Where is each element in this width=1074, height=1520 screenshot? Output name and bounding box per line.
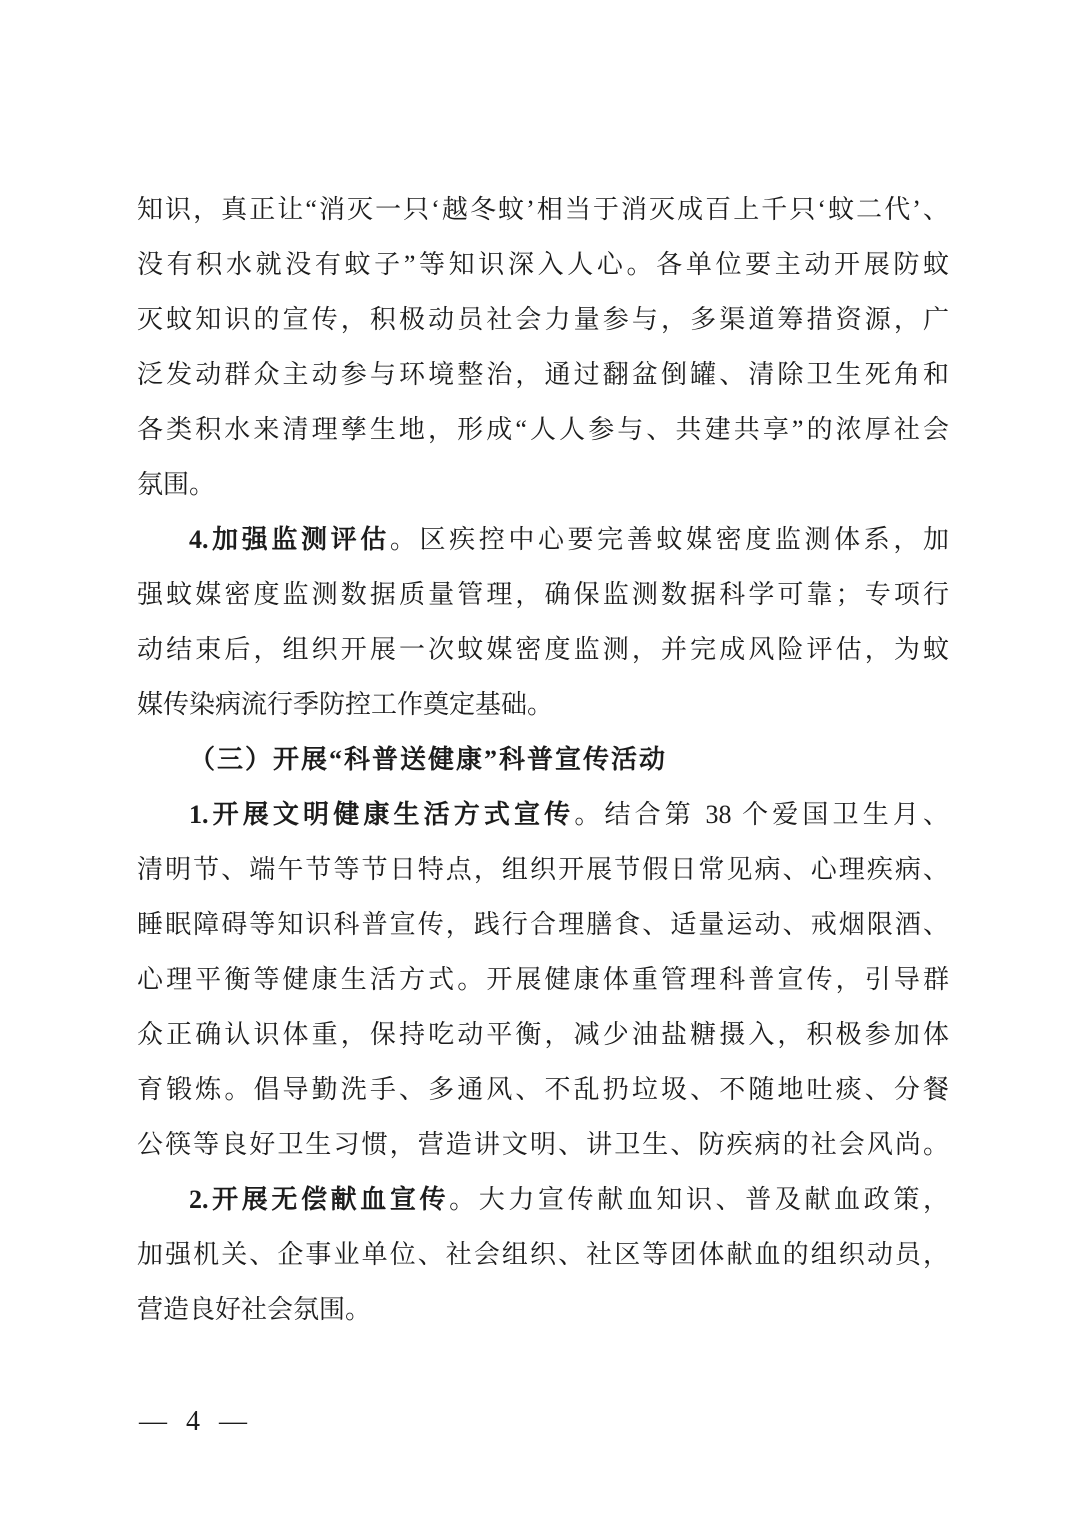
text-line: 心理平衡等健康生活方式。开展健康体重管理科普宣传，引导群 — [137, 952, 949, 1007]
document-body: 知识，真正让“消灭一只‘越冬蚊’相当于消灭成百上千只‘蚊二代’、 没有积水就没有… — [137, 182, 949, 1337]
paragraph-end-line: 营造良好社会氛围。 — [137, 1282, 949, 1337]
paragraph-end-line: 氛围。 — [137, 457, 949, 512]
text-line: 睡眠障碍等知识科普宣传，践行合理膳食、适量运动、戒烟限酒、 — [137, 897, 949, 952]
text-run: 。区疾控中心要完善蚊媒密度监测体系，加 — [390, 525, 949, 554]
section-heading: （三）开展“科普送健康”科普宣传活动 — [137, 732, 949, 787]
bold-lead-item-2: 2.开展无偿献血宣传 — [189, 1185, 449, 1214]
text-line: 强蚊媒密度监测数据质量管理，确保监测数据科学可靠；专项行 — [137, 567, 949, 622]
bold-lead-item-4: 4.加强监测评估 — [189, 525, 390, 554]
text-line: 知识，真正让“消灭一只‘越冬蚊’相当于消灭成百上千只‘蚊二代’、 — [137, 182, 949, 237]
paragraph-end-line: 媒传染病流行季防控工作奠定基础。 — [137, 677, 949, 732]
text-line: 泛发动群众主动参与环境整治，通过翻盆倒罐、清除卫生死角和 — [137, 347, 949, 402]
text-line: 清明节、端午节等节日特点，组织开展节假日常见病、心理疾病、 — [137, 842, 949, 897]
document-page: 知识，真正让“消灭一只‘越冬蚊’相当于消灭成百上千只‘蚊二代’、 没有积水就没有… — [0, 0, 1074, 1520]
text-line: 动结束后，组织开展一次蚊媒密度监测，并完成风险评估，为蚊 — [137, 622, 949, 677]
paragraph-start-line: 4.加强监测评估。区疾控中心要完善蚊媒密度监测体系，加 — [137, 512, 949, 567]
paragraph-start-line: 1.开展文明健康生活方式宣传。结合第 38 个爱国卫生月、 — [137, 787, 949, 842]
text-run: 。结合第 38 个爱国卫生月、 — [574, 800, 949, 829]
text-line: 灭蚊知识的宣传，积极动员社会力量参与，多渠道筹措资源，广 — [137, 292, 949, 347]
text-line: 众正确认识体重，保持吃动平衡，减少油盐糖摄入，积极参加体 — [137, 1007, 949, 1062]
bold-lead-item-1: 1.开展文明健康生活方式宣传 — [189, 800, 574, 829]
paragraph-start-line: 2.开展无偿献血宣传。大力宣传献血知识、普及献血政策， — [137, 1172, 949, 1227]
text-line: 加强机关、企事业单位、社会组织、社区等团体献血的组织动员， — [137, 1227, 949, 1282]
text-line: 没有积水就没有蚊子”等知识深入人心。各单位要主动开展防蚊 — [137, 237, 949, 292]
text-line: 育锻炼。倡导勤洗手、多通风、不乱扔垃圾、不随地吐痰、分餐 — [137, 1062, 949, 1117]
text-run: 。大力宣传献血知识、普及献血政策， — [449, 1185, 949, 1214]
page-number: — 4 — — [139, 1402, 253, 1442]
text-line: 公筷等良好卫生习惯，营造讲文明、讲卫生、防疾病的社会风尚。 — [137, 1117, 949, 1172]
text-line: 各类积水来清理孳生地，形成“人人参与、共建共享”的浓厚社会 — [137, 402, 949, 457]
